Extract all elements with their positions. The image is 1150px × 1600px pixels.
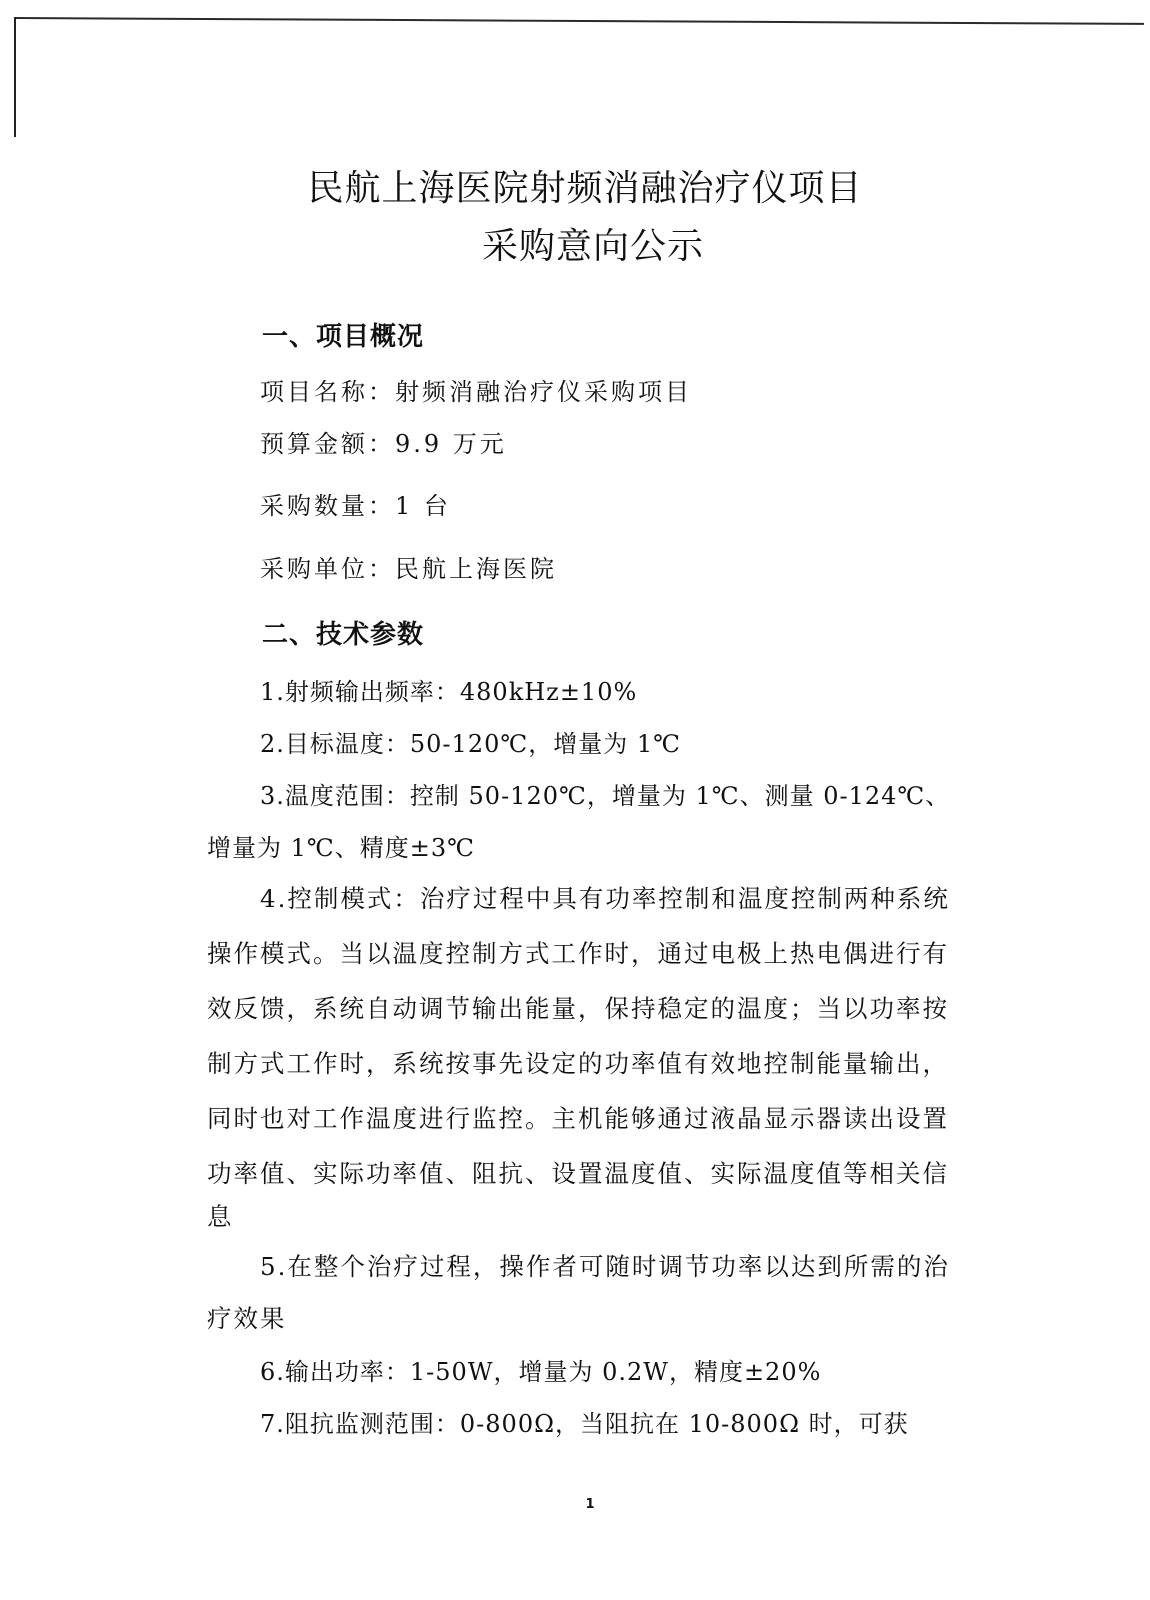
scan-border-left (14, 17, 16, 137)
param-5-line2: 疗效果 (207, 1300, 287, 1335)
param-4-line1: 4.控制模式：治疗过程中具有功率控制和温度控制两种系统 (260, 880, 950, 915)
item-value: 9.9 万元 (395, 430, 507, 458)
document-subtitle: 采购意向公示 (18, 218, 1150, 269)
param-4-line3: 效反馈，系统自动调节输出能量，保持稳定的温度；当以功率按 (207, 990, 949, 1025)
item-value: 1 台 (395, 492, 451, 520)
param-4-line6: 功率值、实际功率值、阻抗、设置温度值、实际温度值等相关信 (207, 1155, 949, 1190)
item-value: 射频消融治疗仪采购项目 (395, 378, 692, 406)
param-4-line4: 制方式工作时，系统按事先设定的功率值有效地控制能量输出， (207, 1045, 949, 1080)
param-6: 6.输出功率：1-50W，增量为 0.2W，精度±20% (260, 1352, 821, 1387)
param-1: 1.射频输出频率：480kHz±10% (260, 672, 637, 707)
param-5-line1: 5.在整个治疗过程，操作者可随时调节功率以达到所需的治 (260, 1248, 950, 1283)
page-number: 1 (0, 1497, 1150, 1512)
item-quantity: 采购数量：1 台 (260, 486, 451, 521)
param-7: 7.阻抗监测范围：0-800Ω，当阻抗在 10-800Ω 时，可获 (260, 1404, 909, 1439)
item-label: 预算金额： (260, 430, 395, 458)
item-purchaser: 采购单位：民航上海医院 (260, 549, 557, 584)
item-label: 项目名称： (260, 378, 395, 406)
section-heading-overview: 一、项目概况 (262, 316, 424, 353)
param-4-line2: 操作模式。当以温度控制方式工作时，通过电极上热电偶进行有 (207, 935, 949, 970)
section-heading-tech-params: 二、技术参数 (262, 614, 424, 651)
item-label: 采购单位： (260, 555, 395, 583)
document-title: 民航上海医院射频消融治疗仪项目 (10, 160, 1150, 211)
param-2: 2.目标温度：50-120℃，增量为 1℃ (260, 724, 681, 759)
param-3-line1: 3.温度范围：控制 50-120℃，增量为 1℃、测量 0-124℃、 (260, 776, 950, 811)
item-value: 民航上海医院 (395, 555, 557, 583)
item-project-name: 项目名称：射频消融治疗仪采购项目 (260, 372, 692, 407)
item-budget: 预算金额：9.9 万元 (260, 424, 507, 459)
param-4-line5: 同时也对工作温度进行监控。主机能够通过液晶显示器读出设置 (207, 1100, 949, 1135)
item-label: 采购数量： (260, 492, 395, 520)
param-4-line7: 息 (207, 1198, 234, 1233)
scan-border-top (14, 17, 1144, 25)
param-3-line2: 增量为 1℃、精度±3℃ (207, 828, 475, 863)
